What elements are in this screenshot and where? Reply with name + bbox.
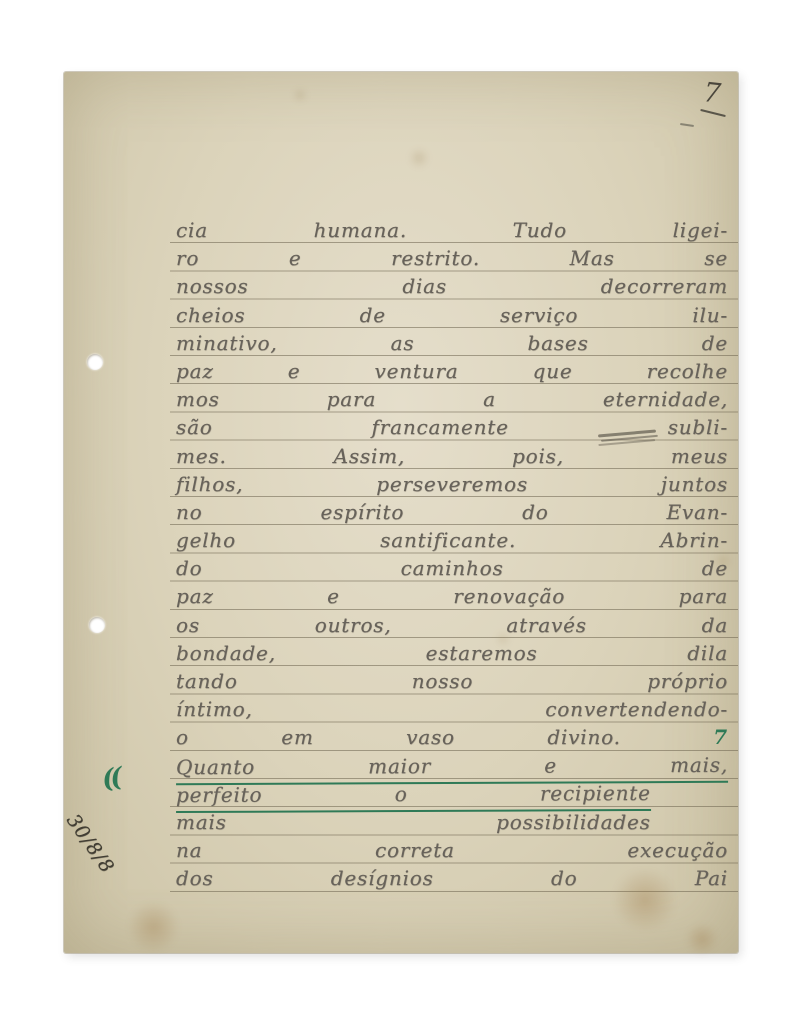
hole-punch-bottom [89, 617, 105, 633]
manuscript-line: minativo, as bases de [176, 328, 728, 356]
manuscript-line: são francamente subli- [176, 412, 728, 440]
manuscript-line-text: o em vaso divino. [176, 725, 621, 749]
manuscript-line: nossos dias decorreram [176, 271, 728, 299]
manuscript-line: do caminhos de [176, 553, 728, 581]
manuscript-text: cia humana. Tudo ligei- ro e restrito. M… [176, 215, 728, 892]
foxing-stain [684, 924, 720, 954]
foxing-stain [126, 902, 181, 952]
manuscript-line-with-paragraph-number: o em vaso divino. 7 [176, 722, 728, 750]
manuscript-line: ro e restrito. Mas se [176, 243, 728, 271]
hole-punch-top [87, 354, 103, 370]
manuscript-line: gelho santificante. Abrin- [176, 525, 728, 553]
foxing-stain [292, 88, 308, 102]
manuscript-line: os outros, através da [176, 610, 728, 638]
manuscript-line: no espírito do Evan- [176, 497, 728, 525]
green-underlined-text: perfeito o recipiente [176, 778, 651, 813]
manuscript-line: cheios de serviço ilu- [176, 300, 728, 328]
manuscript-line-green-underlined: perfeito o recipiente [176, 779, 651, 807]
manuscript-line: na correta execução [176, 835, 728, 863]
manuscript-line: mes. Assim, pois, meus [176, 441, 728, 469]
page-number: 7 [691, 78, 734, 110]
manuscript-line: dos desígnios do Pai [176, 863, 728, 891]
manuscript-line: mos para a eternidade, [176, 384, 728, 412]
green-quote-mark: (( [100, 763, 121, 795]
manuscript-line: bondade, estaremos dila [176, 638, 728, 666]
manuscript-line: cia humana. Tudo ligei- [176, 215, 728, 243]
manuscript-line: paz e renovação para [176, 581, 728, 609]
manuscript-page: 7 (( 30/8/8 cia humana. Tudo ligei- ro e… [64, 72, 738, 953]
manuscript-line: paz e ventura que recolhe [176, 356, 728, 384]
margin-date: 30/8/8 [62, 810, 119, 878]
manuscript-line: tando nosso próprio [176, 666, 728, 694]
page-number-underline [700, 109, 726, 117]
manuscript-line: filhos, perseveremos juntos [176, 469, 728, 497]
page-number-dash [680, 123, 694, 127]
manuscript-line: íntimo, convertendendo- [176, 694, 728, 722]
green-paragraph-number: 7 [713, 725, 728, 749]
foxing-stain [408, 148, 430, 168]
manuscript-line-green-underlined: Quanto maior e mais, [176, 751, 728, 779]
